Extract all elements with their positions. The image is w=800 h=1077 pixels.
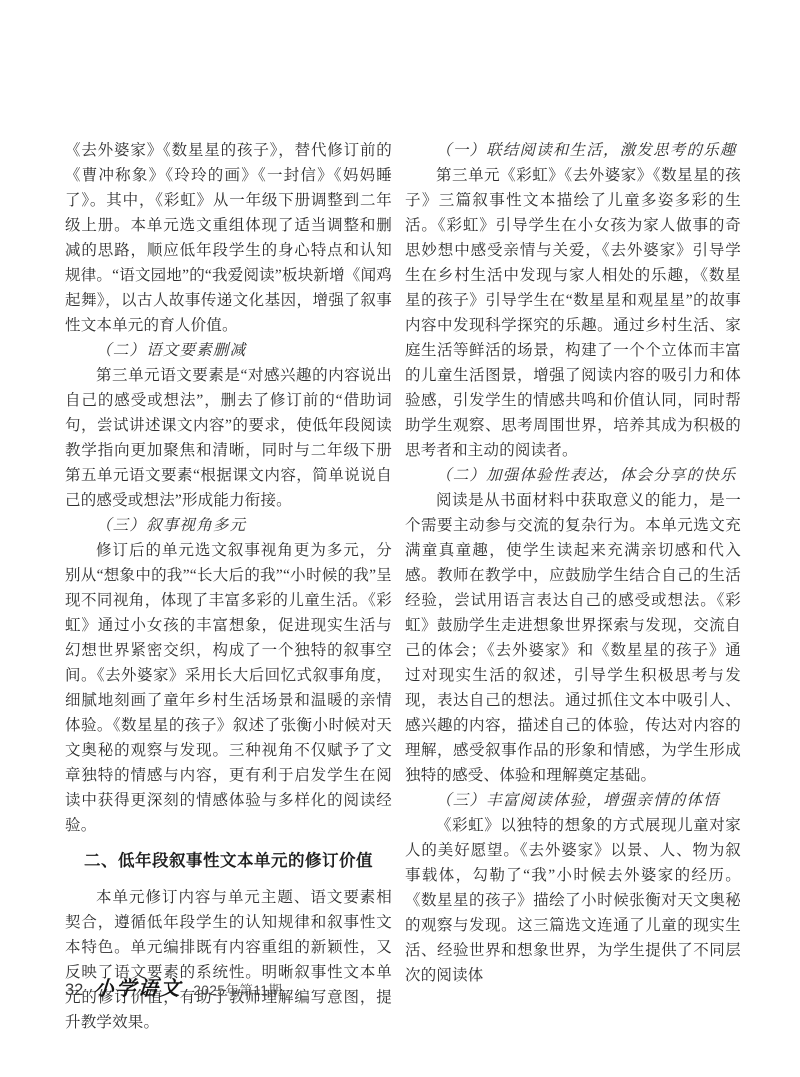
paragraph: 《彩虹》以独特的想象的方式展现儿童对家人的美好愿望。《去外婆家》以景、人、物为叙… xyxy=(405,813,741,988)
subsection-heading-1: （一）联结阅读和生活，激发思考的乐趣 xyxy=(405,138,741,163)
paragraph: 修订后的单元选文叙事视角更为多元，分别从“想象中的我”“长大后的我”“小时候的我… xyxy=(65,538,392,838)
journal-logo: 小学语文 xyxy=(93,972,183,1001)
left-column: 《去外婆家》《数星星的孩子》，替代修订前的《曹冲称象》《玲玲的画》《一封信》《妈… xyxy=(65,138,392,1035)
paragraph: 阅读是从书面材料中获取意义的能力，是一个需要主动参与交流的复杂行为。本单元选文充… xyxy=(405,488,741,788)
paragraph-continuation: 《去外婆家》《数星星的孩子》，替代修订前的《曹冲称象》《玲玲的画》《一封信》《妈… xyxy=(65,138,392,338)
page-footer: 32 小学语文 2025年第11期 xyxy=(65,972,282,1001)
section-heading: 二、低年段叙事性文本单元的修订价值 xyxy=(65,849,392,874)
paragraph: 第三单元《彩虹》《去外婆家》《数星星的孩子》三篇叙事性文本描绘了儿童多姿多彩的生… xyxy=(405,163,741,463)
right-column: （一）联结阅读和生活，激发思考的乐趣 第三单元《彩虹》《去外婆家》《数星星的孩子… xyxy=(405,138,741,1035)
paragraph: 本单元修订内容与单元主题、语文要素相契合，遵循低年段学生的认知规律和叙事性文本特… xyxy=(65,885,392,1035)
subsection-heading-2: （二）语文要素删减 xyxy=(65,338,392,363)
page-number: 32 xyxy=(65,981,83,1000)
issue-info: 2025年第11期 xyxy=(193,979,282,999)
journal-page: 《去外婆家》《数星星的孩子》，替代修订前的《曹冲称象》《玲玲的画》《一封信》《妈… xyxy=(0,0,800,1077)
subsection-heading-2: （二）加强体验性表达，体会分享的快乐 xyxy=(405,463,741,488)
subsection-heading-3: （三）叙事视角多元 xyxy=(65,513,392,538)
paragraph: 第三单元语文要素是“对感兴趣的内容说出自己的感受或想法”，删去了修订前的“借助词… xyxy=(65,363,392,513)
two-column-layout: 《去外婆家》《数星星的孩子》，替代修订前的《曹冲称象》《玲玲的画》《一封信》《妈… xyxy=(65,138,741,1035)
subsection-heading-3: （三）丰富阅读体验，增强亲情的体悟 xyxy=(405,788,741,813)
